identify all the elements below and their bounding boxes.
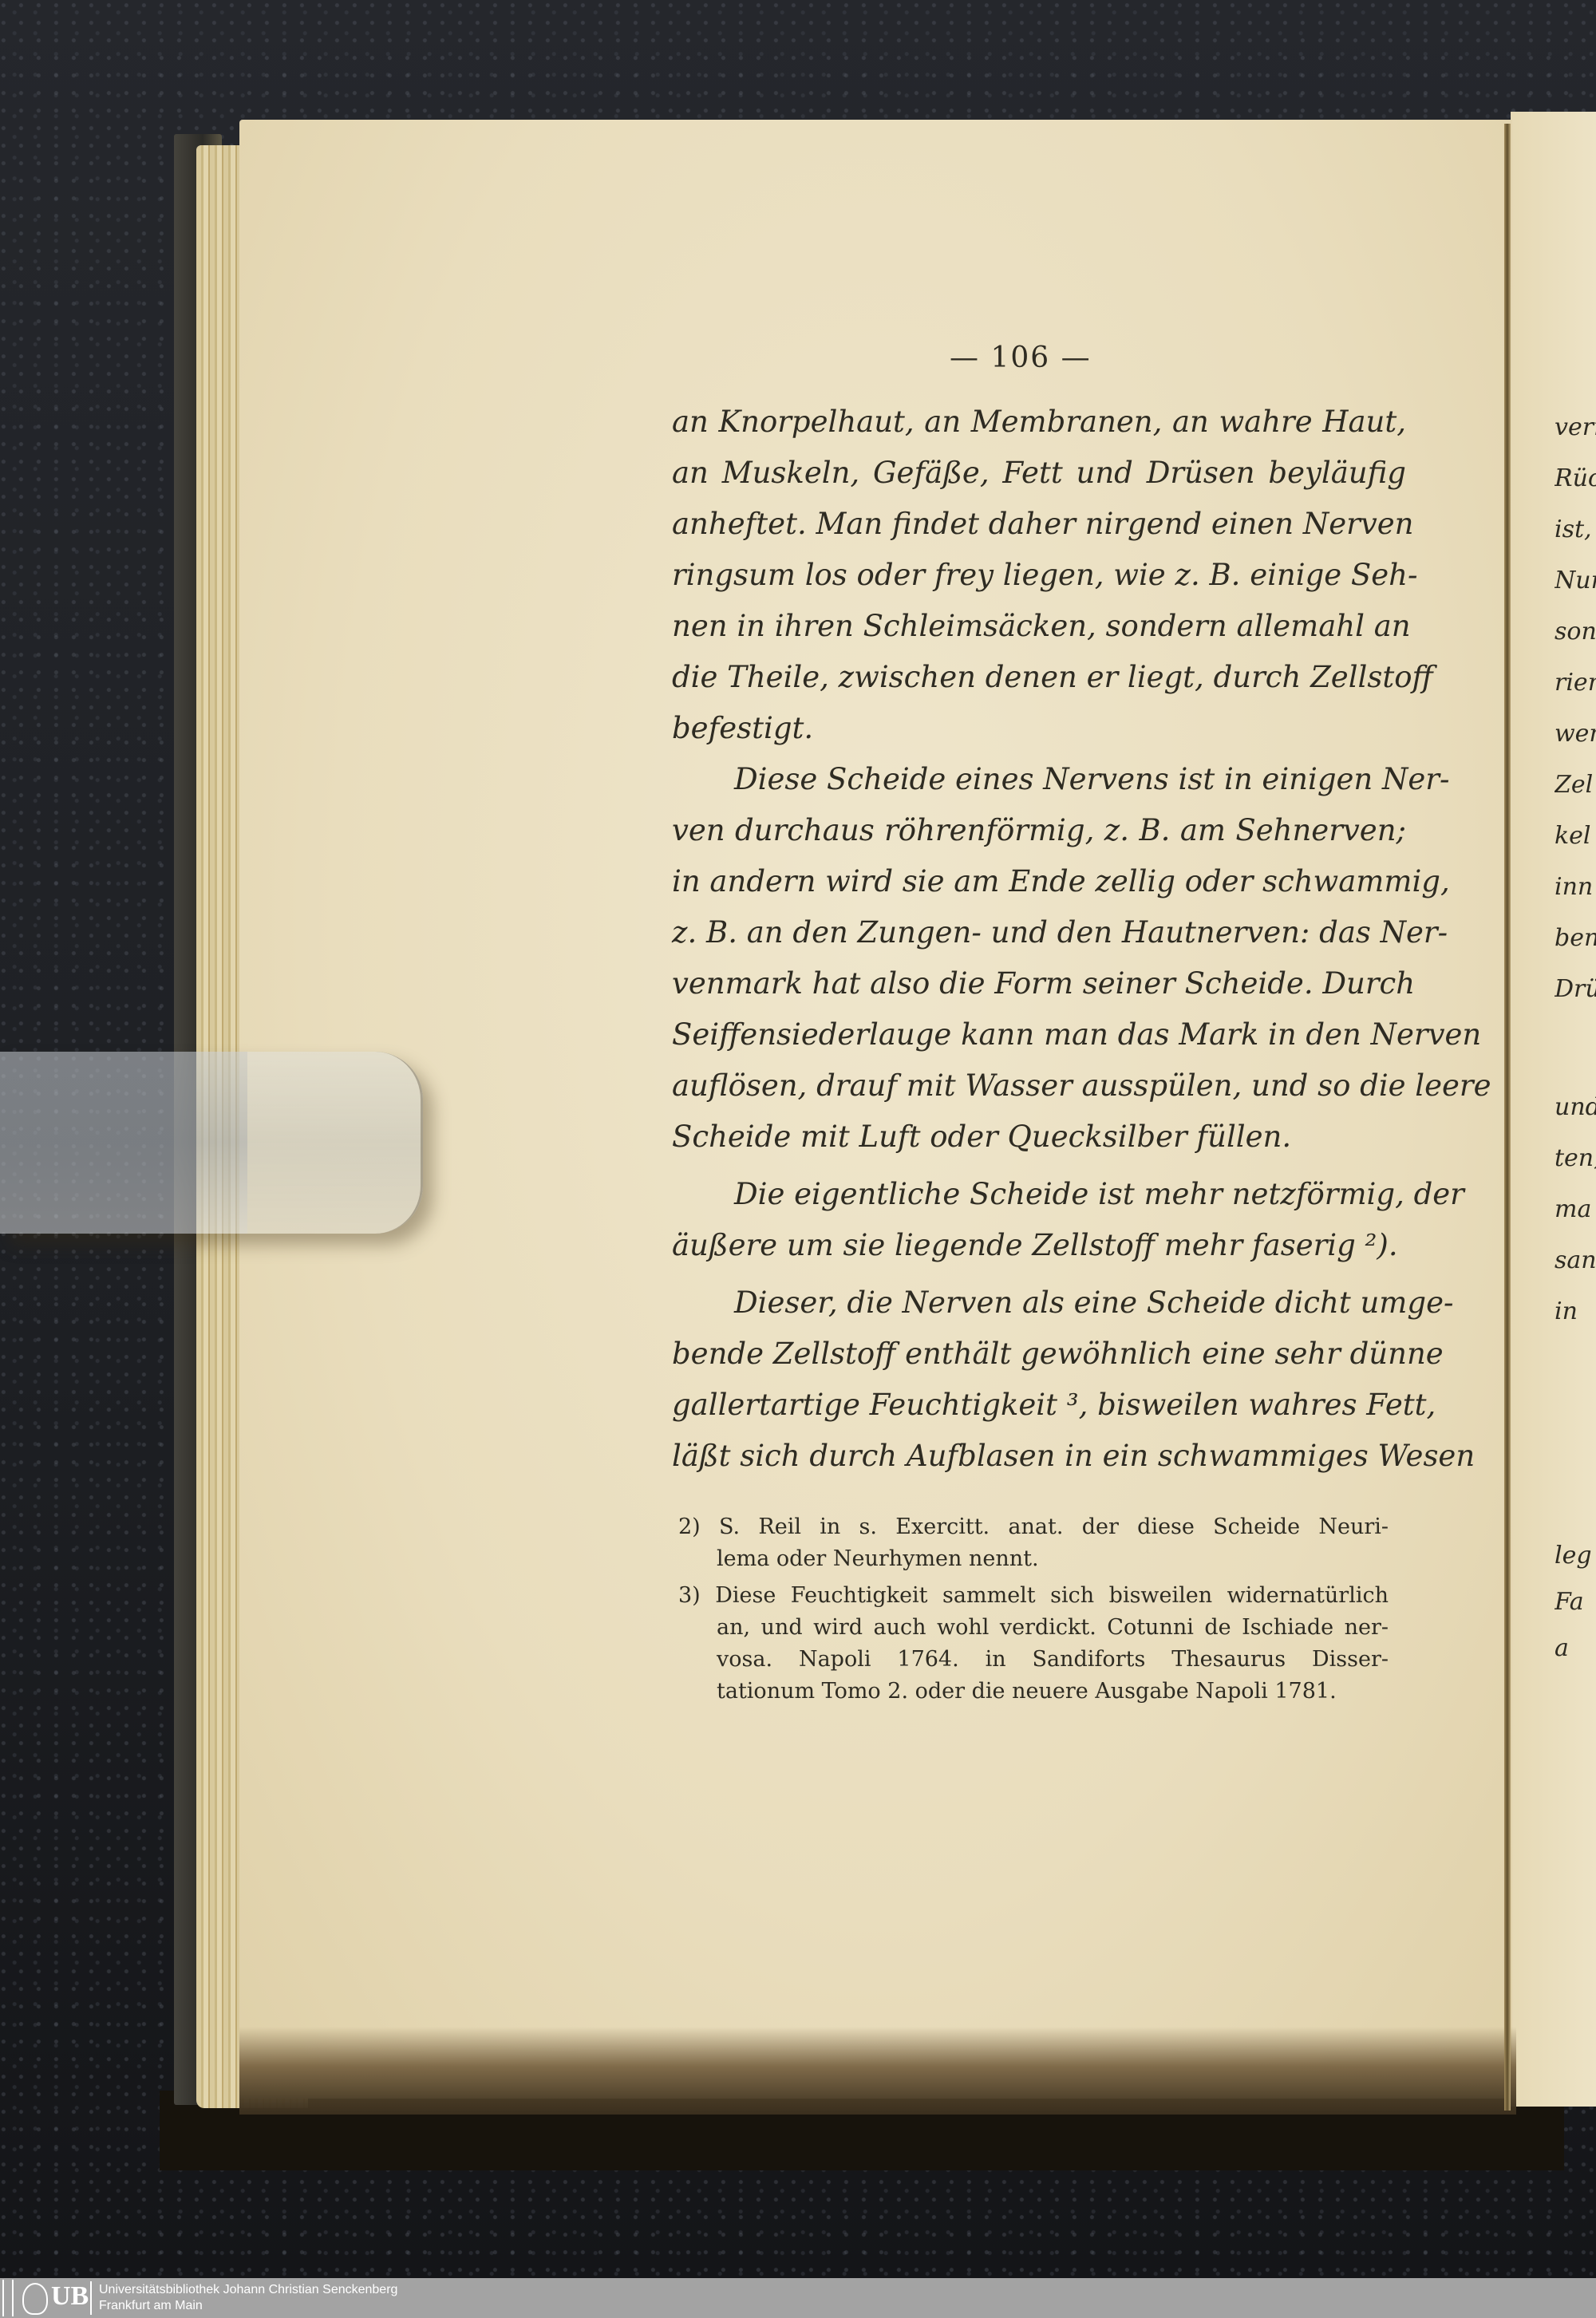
text-line: auflösen, drauf mit Wasser ausspülen, un…	[672, 1071, 1406, 1100]
logo-lines-icon	[2, 2280, 14, 2316]
fragment: a	[1555, 1634, 1596, 1662]
book-gutter	[1504, 124, 1511, 2111]
fragment: und	[1555, 1093, 1596, 1121]
text-line: befestigt.	[672, 713, 1406, 743]
footnote-2-cont: lema oder Neurhymen nennt.	[678, 1548, 1389, 1570]
page-bottom-soiling	[239, 2027, 1516, 2115]
fragment: kel	[1555, 822, 1596, 850]
fragment: in	[1555, 1297, 1596, 1325]
paragraph-start: Diese Scheide eines Nervens ist in einig…	[672, 764, 1406, 794]
text-line: bende Zellstoff enthält gewöhnlich eine …	[672, 1339, 1406, 1368]
fragment: vern	[1555, 413, 1596, 441]
text-line: äußere um sie liegende Zellstoff mehr fa…	[672, 1230, 1406, 1260]
paragraph-start: Die eigentliche Scheide ist mehr netzför…	[672, 1179, 1406, 1209]
page-number: — 106 —	[950, 342, 1092, 374]
fragment: sonst	[1555, 618, 1596, 646]
fragment: Drü	[1555, 975, 1596, 1003]
text-line: die Theile, zwischen denen er liegt, dur…	[672, 662, 1406, 692]
text-line: ven durchaus röhrenförmig, z. B. am Sehn…	[672, 815, 1406, 845]
fragment: rien,	[1555, 669, 1596, 697]
footnote-3-cont: an, und wird auch wohl verdickt. Cotunni…	[678, 1617, 1389, 1638]
fragment: ist,	[1555, 515, 1596, 543]
text-line: an Muskeln, Gefäße, Fett und Drüsen beyl…	[672, 458, 1406, 488]
fragment: Rüc	[1555, 464, 1596, 492]
footnote-3-cont: vosa. Napoli 1764. in Sandiforts Thesaur…	[678, 1649, 1389, 1670]
text-line: an Knorpelhaut, an Membranen, an wahre H…	[672, 407, 1406, 436]
fragment: ma	[1555, 1195, 1596, 1223]
text-line: in andern wird sie am Ende zellig oder s…	[672, 867, 1406, 896]
logo-divider	[90, 2281, 92, 2315]
fragment: Zel	[1555, 771, 1596, 799]
fragment: inn	[1555, 873, 1596, 901]
portrait-icon	[22, 2283, 48, 2315]
glass-weight-tip	[247, 1052, 423, 1234]
footnote-3: 3) Diese Feuchtigkeit sammelt sich biswe…	[678, 1585, 1389, 1606]
fragment: ben	[1555, 924, 1596, 952]
footer-text: Universitätsbibliothek Johann Christian …	[99, 2282, 397, 2314]
fragment: Fa	[1555, 1588, 1596, 1616]
fragment: leg	[1555, 1542, 1596, 1570]
fragment: ten,	[1555, 1144, 1596, 1172]
text-line: anheftet. Man findet daher nirgend einen…	[672, 509, 1406, 539]
text-line: läßt sich durch Aufblasen in ein schwamm…	[672, 1441, 1406, 1471]
library-footer: UB Universitätsbibliothek Johann Christi…	[0, 2278, 1596, 2318]
institution-location: Frankfurt am Main	[99, 2298, 397, 2314]
text-line: ringsum los oder frey liegen, wie z. B. …	[672, 560, 1406, 590]
text-line: nen in ihren Schleimsäcken, sondern alle…	[672, 611, 1406, 641]
text-line: Seiffensiederlauge kann man das Mark in …	[672, 1020, 1406, 1049]
fragment: san	[1555, 1246, 1596, 1274]
text-line: Scheide mit Luft oder Quecksilber füllen…	[672, 1122, 1406, 1151]
text-line: gallertartige Feuchtigkeit ³, bisweilen …	[672, 1390, 1406, 1420]
text-line: venmark hat also die Form seiner Scheide…	[672, 969, 1406, 998]
footnote-2: 2) S. Reil in s. Exercitt. anat. der die…	[678, 1516, 1389, 1538]
logo-text: UB	[51, 2283, 89, 2310]
ub-logo: UB	[0, 2278, 94, 2318]
fragment: wen	[1555, 720, 1596, 748]
text-line: z. B. an den Zungen- und den Hautnerven:…	[672, 918, 1406, 947]
footnote-3-cont: tationum Tomo 2. oder die neuere Ausgabe…	[678, 1680, 1389, 1702]
fragment: Nun	[1555, 567, 1596, 594]
institution-name: Universitätsbibliothek Johann Christian …	[99, 2282, 397, 2298]
paragraph-start: Dieser, die Nerven als eine Scheide dich…	[672, 1288, 1406, 1317]
